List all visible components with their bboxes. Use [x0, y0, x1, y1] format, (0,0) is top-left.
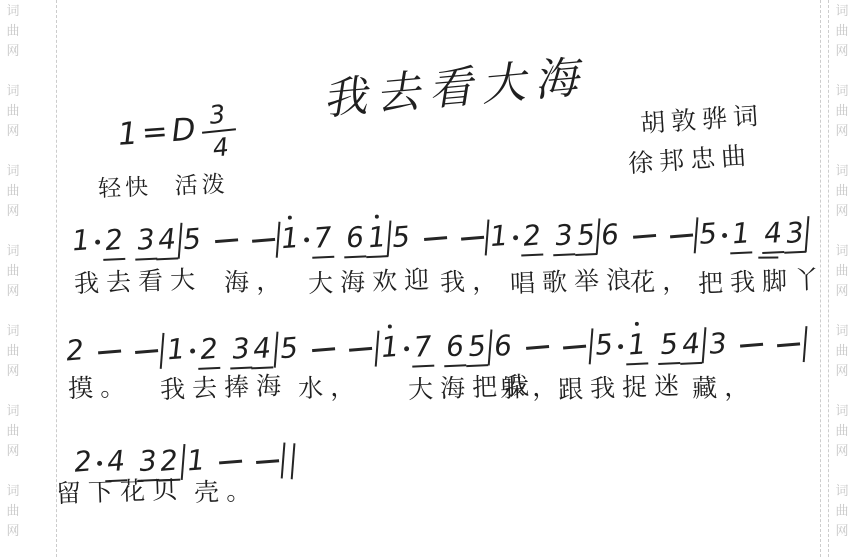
measure: 1235: [490, 220, 595, 251]
note-6: 6: [346, 223, 364, 253]
barline: [160, 333, 165, 369]
octave-dot: [288, 216, 292, 220]
note-1: 1: [490, 221, 508, 251]
note-1: 1: [281, 223, 299, 253]
duration-dash: [461, 236, 484, 241]
lyric-line-2: 摸。我去捧海水，大海把我躲，跟我捉迷藏，: [0, 368, 850, 408]
note-6: 6: [601, 220, 619, 250]
augmentation-dot: [304, 237, 309, 242]
measure: 1765: [381, 331, 486, 362]
note-3: 3: [555, 221, 573, 251]
duration-dash: [526, 345, 549, 350]
lyric-segment: 唱歌举浪: [509, 260, 638, 300]
note-5: 5: [467, 331, 485, 361]
time-signature: 3 4: [199, 98, 239, 163]
note-4: 4: [764, 218, 782, 248]
barline: [805, 216, 810, 252]
measure: 1761: [281, 223, 386, 254]
note-7: 7: [314, 223, 332, 253]
augmentation-dot: [404, 346, 409, 351]
lyric-segment: 摸。: [67, 367, 132, 405]
lyric-segment: 我去看大: [73, 260, 202, 300]
measure: 5: [280, 333, 372, 364]
note-3: 3: [137, 225, 155, 255]
duration-dash: [777, 342, 800, 347]
note-1: 1: [381, 332, 399, 362]
measure: 5: [183, 224, 275, 255]
duration-dash: [219, 460, 242, 465]
note-5: 5: [577, 220, 595, 250]
measure: 1234: [167, 334, 272, 365]
lyric-segment: 把我脚丫: [697, 260, 826, 300]
measure: 6: [601, 219, 693, 250]
note-2: 2: [66, 336, 84, 366]
lyricist-credit: 胡敦骅词: [639, 96, 765, 141]
duration-dash: [98, 350, 121, 355]
lyric-segment: 我，: [439, 261, 504, 299]
measure: 1234: [72, 225, 177, 256]
key-signature: 1=D: [117, 111, 201, 153]
duration-dash: [740, 343, 763, 348]
note-4: 4: [682, 329, 700, 359]
lyric-segment: 海，: [223, 261, 288, 299]
note-5: 5: [660, 329, 678, 359]
note-4: 4: [158, 225, 176, 255]
note-1: 1: [72, 226, 90, 256]
lyric-segment: 留下花贝: [55, 470, 184, 510]
octave-dot: [374, 215, 378, 219]
barline: [273, 332, 278, 368]
note-5: 5: [392, 222, 410, 252]
lyric-line-3: 留下花贝壳。: [0, 472, 850, 512]
note-3: 3: [786, 218, 804, 248]
note-1: 1: [167, 335, 185, 365]
duration-dash: [256, 459, 279, 464]
lyric-segment: 跟我捉迷: [557, 366, 686, 406]
duration-dash: [670, 234, 693, 239]
duration-dash: [135, 349, 158, 354]
lyric-line-1: 我去看大海，大海欢迎我，唱歌举浪花，把我脚丫: [0, 262, 850, 302]
song-title: 我去看大海: [320, 41, 590, 128]
octave-dot: [635, 322, 639, 326]
measure: 3: [709, 328, 801, 359]
notation-line-2: 2123451765651543: [66, 312, 806, 366]
duration-dash: [252, 238, 275, 243]
note-2: 2: [523, 221, 541, 251]
augmentation-dot: [190, 349, 195, 354]
note-4: 4: [253, 334, 271, 364]
augmentation-dot: [95, 240, 100, 245]
measure: 5154: [595, 329, 700, 360]
note-6: 6: [446, 332, 464, 362]
barline: [702, 327, 707, 363]
note-6: 6: [494, 331, 512, 361]
lyric-segment: 大海欢迎: [307, 260, 436, 300]
sheet-music-page: 词 曲 网 词 曲 网 词 曲 网 词 曲 网 词 曲 网 词 曲 网 词 曲 …: [0, 0, 850, 557]
measure: 5: [392, 222, 484, 253]
barline: [488, 329, 493, 365]
note-5: 5: [595, 330, 613, 360]
duration-dash: [215, 238, 238, 243]
barline: [588, 328, 593, 364]
duration-dash: [349, 347, 372, 352]
duration-dash: [312, 347, 335, 352]
note-5: 5: [699, 219, 717, 249]
note-2: 2: [105, 225, 123, 255]
time-signature-numerator: 3: [199, 98, 236, 133]
duration-dash: [633, 234, 656, 239]
tempo-marking: 轻快 活泼: [97, 166, 229, 204]
measure: 5143: [699, 218, 804, 249]
lyric-segment: 躲，: [499, 367, 564, 405]
note-1: 1: [368, 223, 386, 253]
note-5: 5: [280, 333, 298, 363]
lyric-segment: 壳。: [193, 471, 258, 509]
note-3: 3: [709, 329, 727, 359]
lyric-segment: 水，: [297, 367, 362, 405]
augmentation-dot: [97, 461, 102, 466]
lyric-segment: 花，: [629, 261, 694, 299]
composer-credit: 徐邦忠曲: [627, 136, 753, 181]
time-signature-denominator: 4: [202, 130, 239, 163]
augmentation-dot: [722, 233, 727, 238]
note-2: 2: [200, 334, 218, 364]
augmentation-dot: [513, 235, 518, 240]
barline: [803, 326, 808, 362]
barline: [374, 331, 379, 367]
measure: 2: [66, 335, 158, 366]
lyric-segment: 我去捧海: [159, 366, 288, 406]
augmentation-dot: [618, 344, 623, 349]
octave-dot: [388, 324, 392, 328]
note-7: 7: [414, 332, 432, 362]
note-1: 1: [628, 330, 646, 360]
notation-line-3: 24321: [74, 429, 294, 477]
note-3: 3: [231, 334, 249, 364]
duration-dash: [424, 236, 447, 241]
measure: 6: [494, 330, 586, 361]
note-5: 5: [183, 225, 201, 255]
duration-dash: [563, 345, 586, 350]
notation-line-1: 1234517615123565143: [72, 202, 808, 256]
note-1: 1: [732, 219, 750, 249]
lyric-segment: 藏，: [691, 367, 756, 405]
